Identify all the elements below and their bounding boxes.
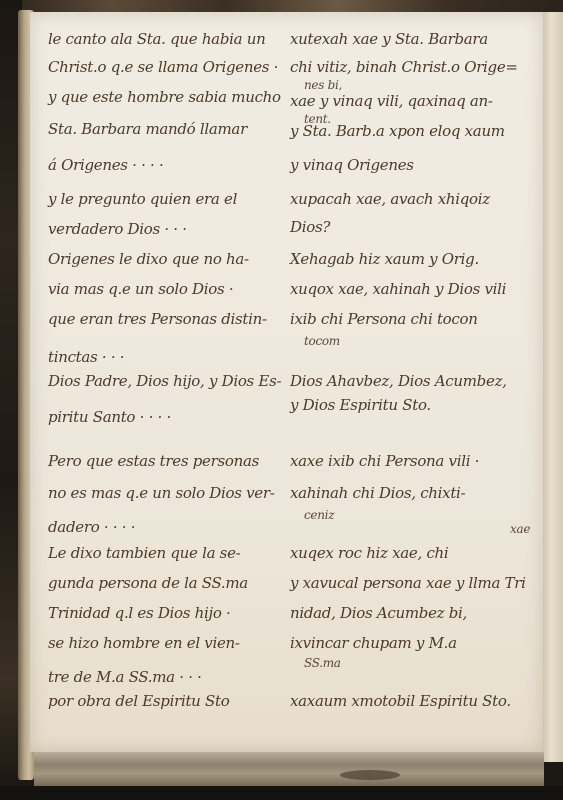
- mayan-line: xae: [510, 522, 530, 536]
- mayan-line: xahinah chi Dios, chixti-: [290, 484, 465, 502]
- mayan-line: Dios Ahavbez, Dios Acumbez,: [290, 372, 507, 390]
- spanish-line: Origenes le dixo que no ha-: [48, 250, 249, 268]
- mayan-line: xutexah xae y Sta. Barbara: [290, 30, 488, 48]
- spanish-line: y que este hombre sabia mucho: [48, 88, 281, 106]
- mayan-line: nidad, Dios Acumbez bi,: [290, 604, 467, 622]
- mayan-line: y vinaq Origenes: [290, 156, 414, 174]
- spanish-line: tinctas · · ·: [48, 348, 124, 366]
- mayan-line: SS.ma: [304, 656, 341, 670]
- spanish-line: Le dixo tambien que la se-: [48, 544, 240, 562]
- spanish-line: Trinidad q.l es Dios hijo ·: [48, 604, 231, 622]
- ink-stain: [340, 770, 400, 780]
- spanish-line: via mas q.e un solo Dios ·: [48, 280, 233, 298]
- spanish-line: á Origenes · · · ·: [48, 156, 163, 174]
- spanish-line: Sta. Barbara mandó llamar: [48, 120, 247, 138]
- spanish-line: Dios Padre, Dios hijo, y Dios Es-: [48, 372, 281, 390]
- book-binding-bottom: [0, 786, 563, 800]
- page-edge-right: [543, 12, 563, 762]
- mayan-line: xuqex roc hiz xae, chi: [290, 544, 448, 562]
- mayan-line: Xehagab hiz xaum y Orig.: [290, 250, 479, 268]
- mayan-line: Dios?: [290, 218, 330, 236]
- mayan-line: xupacah xae, avach xhiqoiz: [290, 190, 490, 208]
- mayan-line: y Sta. Barb.a xpon eloq xaum: [290, 122, 505, 140]
- mayan-line: xaxaum xmotobil Espiritu Sto.: [290, 692, 511, 710]
- page-bottom-edge: [34, 752, 544, 788]
- mayan-line: chi vitiz, binah Christ.o Orige=: [290, 58, 518, 76]
- mayan-line: tocom: [304, 334, 340, 348]
- spanish-line: piritu Santo · · · ·: [48, 408, 171, 426]
- spanish-line: que eran tres Personas distin-: [48, 310, 267, 328]
- mayan-line: nes bi,: [304, 78, 342, 92]
- mayan-line: xaxe ixib chi Persona vili ·: [290, 452, 479, 470]
- spanish-line: y le pregunto quien era el: [48, 190, 237, 208]
- spanish-line: Pero que estas tres personas: [48, 452, 259, 470]
- spanish-line: dadero · · · ·: [48, 518, 135, 536]
- spanish-line: tre de M.a SS.ma · · ·: [48, 668, 202, 686]
- mayan-line: xae y vinaq vili, qaxinaq an-: [290, 92, 493, 110]
- mayan-line: ixvincar chupam y M.a: [290, 634, 457, 652]
- spanish-line: no es mas q.e un solo Dios ver-: [48, 484, 274, 502]
- spanish-line: por obra del Espiritu Sto: [48, 692, 229, 710]
- mayan-line: y xavucal persona xae y llma Tri: [290, 574, 526, 592]
- mayan-line: ceniz: [304, 508, 334, 522]
- spanish-line: gunda persona de la SS.ma: [48, 574, 248, 592]
- spanish-line: verdadero Dios · · ·: [48, 220, 187, 238]
- spanish-line: le canto ala Sta. que habia un: [48, 30, 265, 48]
- spanish-line: Christ.o q.e se llama Origenes ·: [48, 58, 278, 76]
- mayan-line: y Dios Espiritu Sto.: [290, 396, 431, 414]
- spanish-line: se hizo hombre en el vien-: [48, 634, 240, 652]
- mayan-line: ixib chi Persona chi tocon: [290, 310, 478, 328]
- mayan-line: xuqox xae, xahinah y Dios vili: [290, 280, 506, 298]
